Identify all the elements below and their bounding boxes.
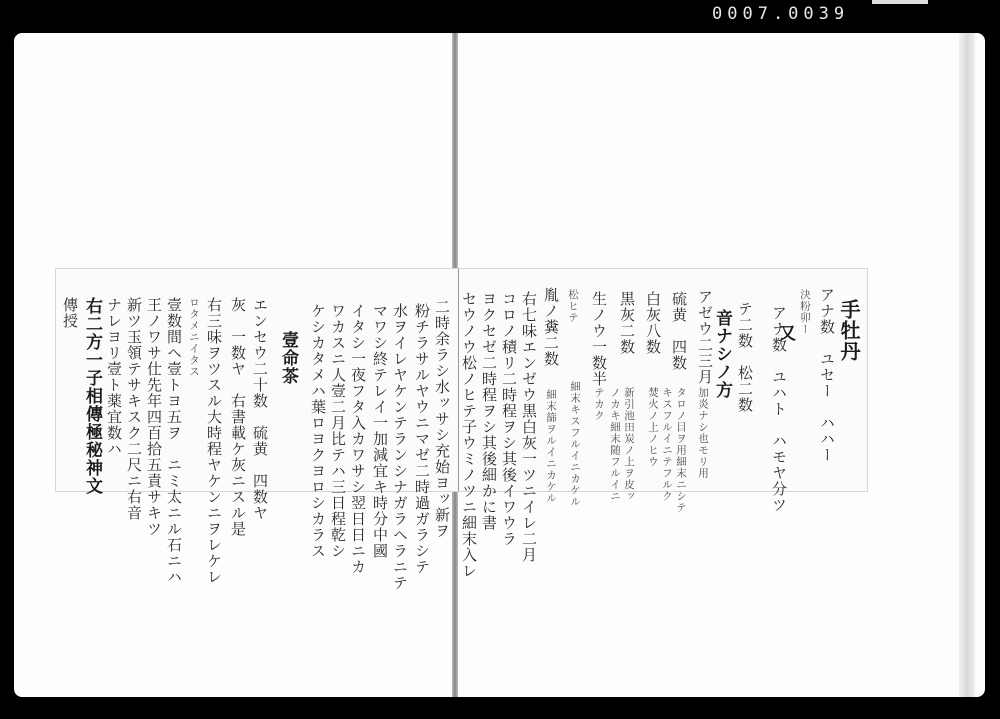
- manuscript-text-column: 硫黄 四数: [671, 291, 687, 371]
- film-edge-mark: [872, 0, 928, 4]
- manuscript-text-column: 細末キスフルイニカケル: [567, 381, 583, 508]
- manuscript-text-column: 手牡丹: [841, 299, 857, 362]
- manuscript-text-column: タロノ目ヲ用細末ニシテ: [673, 387, 689, 514]
- manuscript-text-column: ワカスニ人壹二月比テハ三日程乾シ: [330, 303, 346, 559]
- manuscript-text-column: 傳授: [62, 297, 78, 329]
- manuscript-text-column: ナレヨリ壹ト薬宜数ハ: [106, 297, 122, 457]
- manuscript-text-column: コロノ積リ二時程ヲシ其後イワウラ: [501, 291, 517, 547]
- manuscript-text-column: 決粉卯ー: [797, 289, 813, 335]
- manuscript-text-column: 右七味エンゼウ黒白灰一ツニイレ二月: [521, 291, 537, 563]
- manuscript-text-column: 右二方一子相傳極秘神文: [84, 297, 100, 495]
- manuscript-text-column: テ二数 松二数: [737, 301, 753, 413]
- manuscript-text-column: 松ヒテ: [565, 289, 581, 324]
- manuscript-text-column: 新ツ玉領テサキスク二尺ニ右音: [126, 297, 142, 521]
- manuscript-text-column: エンセウ二十数 硫黄 四数ヤ: [252, 297, 268, 521]
- manuscript-text-column: ロタメニイタス: [186, 297, 202, 378]
- manuscript-text-column: イタシ一夜フタ入カワサシ翌日日ニカ: [350, 303, 366, 575]
- manuscript-text-column: 又: [777, 324, 793, 342]
- microfilm-page-card: 二時余ラシ水ッサシ充始ヨッ新ヲ粉チラサルヤウニマゼ二時過ガラシテ水ヲイレヤケンテ…: [14, 33, 985, 697]
- card-right-edge: [959, 33, 975, 697]
- manuscript-text-column: 新引池田炭ノ上ヲ皮ッ: [621, 387, 637, 502]
- microfilm-frame-number: 0007.0039: [712, 4, 849, 24]
- manuscript-text-column: 細末篩ヲルイニカケル: [543, 389, 559, 504]
- manuscript-text-column: 右三味ヲツスル大時程ヤケンニヲレケレ: [206, 297, 222, 585]
- manuscript-text-column: キスフルイニテフルク: [659, 387, 675, 502]
- manuscript-text-column: セウノウ松ノヒテ子ウミノツニ細末入レ: [461, 291, 477, 579]
- manuscript-strip-left: 二時余ラシ水ッサシ充始ヨッ新ヲ粉チラサルヤウニマゼ二時過ガラシテ水ヲイレヤケンテ…: [55, 268, 460, 492]
- manuscript-text-column: ケシカタメハ葉ロヨクヨロシカラス: [310, 303, 326, 559]
- manuscript-text-column: 水ヲイレヤケンテランシナガラヘラニテ: [392, 303, 408, 591]
- manuscript-text-column: アナ数 ユセー ハハー: [819, 287, 835, 463]
- manuscript-text-column: テカク: [591, 387, 607, 422]
- manuscript-text-column: 白灰八数: [645, 291, 661, 355]
- manuscript-strip-right: 手牡丹アナ数 ユセー ハハー決粉卯ーアナ数 ユハト ハモヤ分ツ又テ二数 松二数音…: [458, 268, 868, 492]
- manuscript-text-column: 音ナシノ方: [714, 309, 730, 399]
- manuscript-text-column: ヨクセゼ二時程ヲシ其後細かに書: [481, 291, 497, 531]
- manuscript-text-column: 生ノウ一数半: [591, 291, 607, 387]
- manuscript-text-column: 壹命茶: [280, 331, 296, 385]
- manuscript-text-column: 焚火ノ上ノヒウ: [645, 387, 661, 468]
- manuscript-text-column: アゼウ二三月: [697, 289, 713, 385]
- manuscript-text-column: 灰 一数ヤ 右書載ケ灰ニスル是: [230, 297, 246, 537]
- manuscript-text-column: 加炎ナシ也モリ用: [695, 387, 711, 479]
- manuscript-text-column: ノカキ細末随フルイニ: [607, 387, 623, 502]
- manuscript-text-column: 二時余ラシ水ッサシ充始ヨッ新ヲ: [434, 299, 450, 539]
- manuscript-text-column: 胤ノ糞二数: [543, 287, 559, 367]
- manuscript-text-column: 黒灰二数: [619, 291, 635, 355]
- manuscript-text-column: 壹数間ヘ壹トヨ五ヲ ニミ太ニル石ニハ: [166, 297, 182, 585]
- manuscript-text-column: マワシ終テレイ一加減宜キ時分中國: [372, 303, 388, 559]
- manuscript-text-column: 王ノワサ仕先年四百拾五責サキツ: [146, 297, 162, 537]
- manuscript-text-column: 粉チラサルヤウニマゼ二時過ガラシテ: [414, 303, 430, 575]
